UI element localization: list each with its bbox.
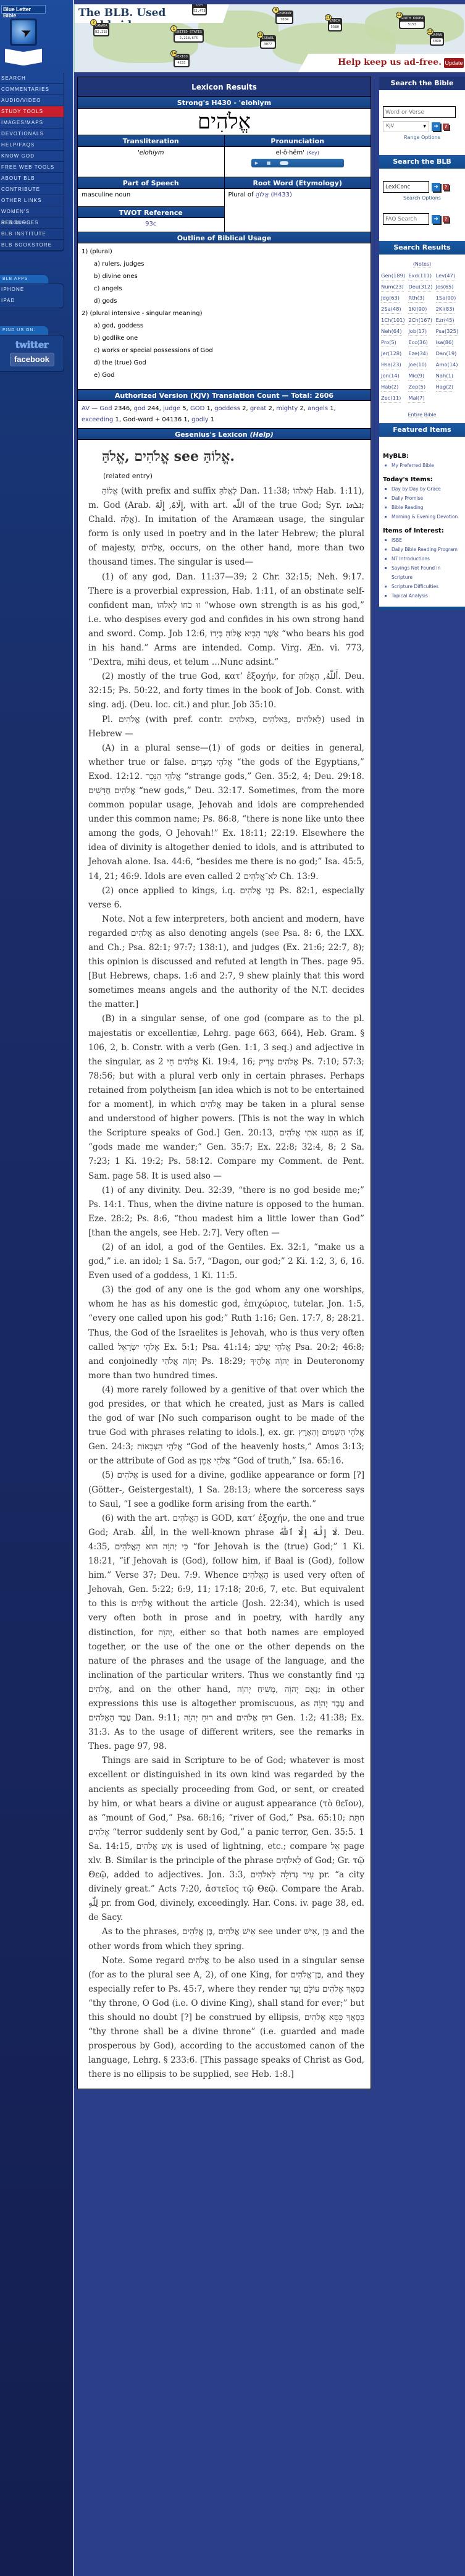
outline-list: 1) (plural)a) rulers, judgesb) divine on… [78,243,371,389]
blb-logo-icon[interactable]: ➤ [4,19,42,68]
pin-rank: 1 [170,25,177,32]
pin-country: DOM [196,4,203,7]
main-nav: SearchCommentariesAudio/VideoStudy Tools… [0,73,64,251]
pin-count: 4890 [431,38,443,44]
gesenius-label: Gesenius's Lexicon [175,431,247,439]
av-prefix: AV — [82,405,99,412]
av-word-link[interactable]: GOD [190,405,204,412]
faq-help-icon[interactable]: ? [443,216,449,222]
outline-text: (plural) [90,248,112,255]
gesenius-paragraph: (1) of any divinity. Deu. 32:39, “there … [88,1184,364,1240]
map-pin-0: CANADA82,1182 [93,23,109,36]
book-result-link[interactable]: Jon(14) [381,371,400,381]
pin-count: 2,218,675 [175,35,203,41]
gesenius-paragraph: Things are said in Scripture to be of Go… [88,1754,364,1925]
pin-count: 52,478 [193,8,206,14]
pin-count: 3077 [261,41,275,48]
outline-sub-num: c) [94,285,99,292]
outline-num: 1) [82,248,88,255]
nav-study-tools[interactable]: Study Tools [0,106,64,117]
outline-sub-num: e) [94,372,100,379]
root-ref-link[interactable]: (H433) [271,192,292,198]
book-result-link[interactable]: 2Ch(167) [408,316,432,325]
book-result-link[interactable]: Ecc(36) [408,338,427,347]
book-result-link[interactable]: Pro(5) [381,338,396,347]
find-us-tab: Find us on: [0,326,48,335]
book-result-link[interactable]: Jdg(63) [381,293,400,303]
book-result-link[interactable]: Rth(3) [408,293,424,303]
range-options-link[interactable]: Range Options [383,135,461,140]
notes-link[interactable]: (Notes) [413,261,431,267]
featured-link[interactable]: NT Introductions [383,554,461,563]
outline-sub-num: d) [94,298,100,305]
featured-items-header: Featured Items [379,423,465,437]
featured-link[interactable]: Scripture Difficulties [383,582,461,591]
av-count: 1 [209,416,215,423]
left-sidebar: Blue Letter Bible ➤ SearchCommentariesAu… [0,0,73,2576]
book-result-link[interactable]: Zep(5) [408,382,425,392]
pin-count: 5153 [400,22,424,28]
twot-label: TWOT Reference [78,206,224,218]
map-pin-7: SOUTH KOREA515312 [399,15,425,29]
pin-country: UNITED STATES [175,30,202,34]
book-result-link[interactable]: 2Sa(48) [381,305,401,314]
hebrew-word: אֱלֹהִים [78,109,371,135]
book-result-link[interactable]: Ezr(45) [436,316,455,325]
map-pin-4: GERMANY70049 [275,11,293,24]
search-blb-go-button[interactable]: ➜ [432,183,440,192]
audio-slider[interactable] [280,161,288,165]
book-result-link[interactable]: Gen(189) [381,271,405,280]
adfree-text: Help keep us ad-free. [338,57,442,67]
update-button[interactable]: Update [444,58,464,68]
audio-player[interactable]: ▶ ■ [251,159,344,167]
pin-rank: 11 [325,14,332,21]
book-result-link[interactable]: Isa(86) [436,338,454,347]
outline-subitem: e) God [82,369,367,382]
book-result-link[interactable]: Joe(10) [408,360,427,369]
faq-search-input[interactable] [383,213,429,225]
av-word-link[interactable]: great [250,405,266,412]
outline-item: 2) (plural intensive - singular meaning) [82,308,367,320]
search-results-header: Search Results [379,241,465,255]
outline-sub-text: works or special possessions of God [102,347,213,354]
book-result-link[interactable]: Eze(34) [408,349,428,358]
av-word-link[interactable]: judge [163,405,180,412]
book-result-link[interactable]: 2Ki(83) [436,305,455,314]
root-word-label: Root Word (Etymology) [225,177,371,189]
pin-rank: 14 [170,50,177,57]
outline-subitem: a) god, goddess [82,320,367,332]
outline-sub-text: godlike one [102,335,138,342]
outline-item: 1) (plural) [82,246,367,258]
book-result-link[interactable]: Hsa(23) [381,360,401,369]
gesenius-paragraph: (2) mostly of the true God, κατ’ ἐξοχήν,… [88,670,364,712]
book-result-link[interactable]: Nah(1) [436,371,453,381]
part-of-speech-label: Part of Speech [78,177,224,189]
outline-sub-num: d) [94,360,100,366]
root-prefix: Plural of [228,192,254,198]
outline-sub-num: b) [94,335,100,342]
outline-label: Outline of Biblical Usage [78,232,371,243]
part-of-speech-value: masculine noun [78,189,224,206]
nav-women-s-resources[interactable]: Women's Resources [0,206,64,217]
gesenius-paragraph: אֱלוֹהַּ (with prefix and suffix לֶאֱלֹה… [88,484,364,570]
av-word-link[interactable]: god [134,405,146,412]
outline-subitem: b) divine ones [82,271,367,283]
search-bible-input[interactable] [383,106,456,118]
apps-list: iPhone iPad [0,284,64,308]
gesenius-paragraph: (A) in a plural sense—(1) of gods or dei… [88,741,364,884]
facebook-link[interactable]: facebook [10,353,54,366]
book-result-link[interactable]: Job(17) [408,327,427,336]
pin-rank: 15 [257,32,264,38]
gesenius-paragraph: (1) of any god, Dan. 11:37—39; 2 Chr. 32… [88,570,364,670]
social-box: twitter facebook [0,335,64,372]
pin-country: GERMANY [277,12,291,15]
outline-sub-text: divine ones [102,273,137,280]
related-entry-link[interactable]: (related entry) [88,468,364,484]
outline-subitem: d) the (true) God [82,357,367,369]
outline-sub-text: gods [102,298,117,305]
outline-subitem: c) angels [82,283,367,295]
nav-contribute[interactable]: Contribute [0,184,64,195]
nav-other-links[interactable]: Other Links [0,195,64,206]
pin-rank: 12 [396,12,403,19]
av-word-link[interactable]: angels [308,405,328,412]
book-result-link[interactable]: Lev(47) [436,271,456,280]
gesenius-paragraph: (3) the god of any one is the god whom a… [88,1283,364,1383]
featured-link[interactable]: Bible Reading [383,503,461,512]
featured-link[interactable]: Morning & Evening Devotion [383,512,461,521]
nav-blb-bookstore[interactable]: BLB Bookstore [0,240,64,251]
outline-subitem: a) rulers, judges [82,258,367,271]
nav-audio-video[interactable]: Audio/Video [0,95,64,106]
book-result-link[interactable]: Mic(9) [408,371,424,381]
search-options-link[interactable]: Search Options [383,195,461,201]
lexiconc-input[interactable] [383,181,429,193]
av-count: 2, [240,405,250,412]
pin-country: SOUTH KOREA [401,17,423,20]
book-result-link[interactable]: Hab(2) [381,382,398,392]
pin-rank: 2 [90,19,97,26]
pronunciation-value: el·ō·hēm' [276,149,304,156]
outline-sub-text: god, goddess [102,322,143,329]
nav-blb-institute[interactable]: BLB Institute [0,229,64,240]
nav-devotionals[interactable]: Devotionals [0,128,64,140]
book-result-link[interactable]: Amo(14) [436,360,458,369]
av-count: 2, [298,405,308,412]
outline-num: 2) [82,310,88,317]
nav-commentaries[interactable]: Commentaries [0,84,64,95]
featured-link[interactable]: ISBE [383,536,461,545]
book-result-link[interactable]: Jer(128) [381,349,401,358]
book-result-link[interactable]: Neh(64) [381,327,402,336]
play-icon[interactable]: ▶ [255,161,258,166]
pin-count: 5580 [329,24,341,30]
gesenius-paragraph: (6) with the art. הָאֱלֹהִים is GOD, κατ… [88,1512,364,1754]
gesenius-paragraph: Note. Some regard אֱלֹהִים to be also us… [88,1954,364,2082]
gesenius-paragraph: As to the phrases, אִישׁ אֱלֹהִים ,בֶּן … [88,1925,364,1953]
pronunciation-key-link[interactable]: (Key) [306,150,319,156]
entire-bible-link[interactable]: Entire Bible [408,412,437,418]
gesenius-entry-head: אֱלֹהִים ,אֱלֹהַּ see אֱלוֹהַּ. [88,445,364,468]
nav-ipad[interactable]: iPad [0,295,64,306]
outline-sub-num: a) [94,261,100,267]
book-result-link[interactable]: 1Ki(90) [408,305,427,314]
gesenius-paragraph: (2) of an idol, a god of the Gentiles. E… [88,1240,364,1283]
outline-subitem: d) gods [82,295,367,308]
book-result-link[interactable]: Deu(312) [408,282,432,292]
book-result-link[interactable]: Dan(19) [436,349,457,358]
book-result-link[interactable]: Hag(2) [436,382,453,392]
transliteration-label: Transliteration [78,135,224,147]
av-word-link[interactable]: exceeding [82,416,113,423]
gesenius-paragraph: (2) once applied to kings, i.q. בְּנֵי א… [88,884,364,912]
pin-rank: 9 [272,7,279,14]
pin-country: JAPAN [432,33,442,37]
outline-sub-text: angels [102,285,122,292]
nav-know-god[interactable]: Know God [0,151,64,162]
av-word-link[interactable]: God [99,405,112,412]
featured-link[interactable]: My Preferred Bible [383,461,461,470]
gesenius-help-link[interactable]: (Help) [249,431,273,439]
today-heading: Today's Items: [383,476,461,483]
pin-country: ISRAEL [262,36,274,40]
nav-search[interactable]: Search [0,73,64,84]
gesenius-paragraph: (B) in a singular sense, of one god (com… [88,1012,364,1183]
interest-heading: Items of Interest: [383,528,461,534]
book-result-link[interactable]: Exd(111) [408,271,432,280]
av-word-link[interactable]: goddess [214,405,240,412]
av-count: 2346, [112,405,134,412]
outline-sub-text: rulers, judges [102,261,144,267]
map-pin-3: DOM52,478 [192,4,207,15]
transliteration-value: 'elohiym [138,149,164,156]
featured-link[interactable]: Daily Promise [383,494,461,503]
outline-sub-num: b) [94,273,100,280]
site-logo-title[interactable]: Blue Letter Bible [1,5,46,14]
av-count: 1, God-ward + 04136 1, [113,416,191,423]
map-pin-6: INDIA558011 [328,18,342,32]
map-pin-8: JAPAN489013 [430,32,444,46]
featured-link[interactable]: Day by Day by Grace [383,484,461,494]
right-sidebar: Search the Bible KJV ➜ ? Range Options S… [379,77,465,610]
nav-about-blb[interactable]: About BLB [0,173,64,184]
search-blb-help-icon[interactable]: ? [443,184,449,190]
outline-sub-text: the (true) God [102,360,146,366]
lexicon-panel: Lexicon Results Strong's H430 - 'elohiym… [77,77,371,2089]
av-translation-list: AV — God 2346, god 244, judge 5, GOD 1, … [78,401,371,428]
av-count: 2, [266,405,276,412]
pin-count: 4233 [175,60,188,66]
search-bible-help-icon[interactable]: ? [443,124,449,130]
book-result-link[interactable]: Jos(65) [436,282,454,292]
outline-sub-num: c) [94,347,99,354]
gesenius-entry: אֱלֹהִים ,אֱלֹהַּ see אֱלוֹהַּ. (related… [78,440,371,2089]
nav-iphone[interactable]: iPhone [0,284,64,295]
search-bible-go-button[interactable]: ➜ [432,122,440,131]
pin-country: INDIA [330,19,340,23]
strongs-header: Strong's H430 - 'elohiym [78,97,371,109]
av-word-link[interactable]: godly [191,416,209,423]
pronunciation-label: Pronunciation [225,135,371,147]
pin-count: 7004 [277,17,292,23]
gesenius-header: Gesenius's Lexicon (Help) [78,428,371,440]
map-pin-2: MEXICO423314 [174,54,190,67]
version-select[interactable]: KJV [383,121,429,132]
gesenius-paragraph: (4) more rarely followed by a genitive o… [88,1383,364,1469]
pin-country: MEXICO [175,55,188,59]
gesenius-paragraph: Pl. אֱלֹהִים (with pref. contr. לֵאלֹהִי… [88,713,364,741]
book-result-link[interactable]: 1Sa(90) [436,293,456,303]
av-count: 1, [204,405,214,412]
mybld-heading: MyBLB: [383,453,461,460]
av-count: 1, [328,405,336,412]
stop-icon[interactable]: ■ [267,161,271,166]
nav-images-maps[interactable]: Images/Maps [0,117,64,128]
gesenius-paragraph: (5) אֱלֹהִים is used for a divine, godli… [88,1468,364,1511]
book-results: Gen(189)Exd(111)Lev(47)Num(23)Deu(312)Jo… [379,267,465,403]
pin-count: 82,118 [94,29,108,35]
book-result-link[interactable]: Psa(325) [436,327,459,336]
outline-sub-text: God [102,372,114,379]
search-blb-header: Search the BLB [379,155,465,169]
twitter-link[interactable]: twitter [9,339,56,350]
outline-text: (plural intensive - singular meaning) [90,310,202,317]
av-count-label: Authorized Version (KJV) Translation Cou… [78,389,371,401]
book-result-link[interactable]: Zec(11) [381,394,401,403]
nav-free-web-tools[interactable]: Free Web Tools [0,162,64,173]
map-pin-1: UNITED STATES2,218,6751 [174,29,204,43]
book-result-link[interactable]: 1Ch(101) [381,316,405,325]
gesenius-paragraph: Note. Not a few interpreters, both ancie… [88,912,364,1012]
featured-link[interactable]: Sayings Not Found in Scripture [383,563,461,582]
pin-country: CANADA [95,24,107,28]
outline-subitem: b) godlike one [82,332,367,345]
book-result-link[interactable]: Num(23) [381,282,404,292]
donation-banner[interactable]: The BLB. Used worldwide. CANADA82,1182UN… [74,4,465,72]
blb-apps-tab: BLB Apps [0,275,48,284]
search-bible-header: Search the Bible [379,77,465,90]
av-count: 244, [145,405,163,412]
outline-sub-num: a) [94,322,100,329]
map-pin-5: ISRAEL307715 [260,35,276,49]
av-word-link[interactable]: mighty [276,405,298,412]
faq-go-button[interactable]: ➜ [432,215,440,224]
featured-link[interactable]: Daily Bible Reading Program [383,545,461,554]
book-result-link[interactable]: Mal(7) [408,394,424,403]
featured-link[interactable]: Topical Analysis [383,591,461,600]
av-count: 5, [180,405,190,412]
lexicon-results-title: Lexicon Results [78,77,371,97]
nav-help-faqs[interactable]: Help/FAQs [0,140,64,151]
twot-link[interactable]: 93c [145,221,156,227]
outline-subitem: c) works or special possessions of God [82,345,367,357]
root-hebrew-link[interactable]: אֱלוֹהַּ [256,192,269,198]
pin-rank: 13 [427,28,434,35]
